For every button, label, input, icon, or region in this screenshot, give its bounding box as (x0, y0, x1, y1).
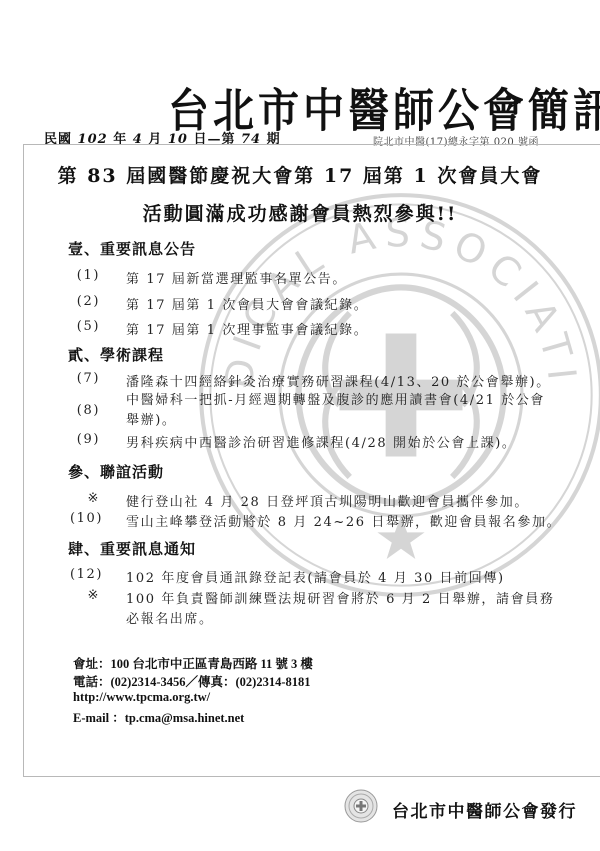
section-title-social-activities: 參、聯誼活動 (68, 461, 164, 482)
item-text: 第 17 屆第 1 次理事監事會議紀錄。 (126, 319, 368, 338)
item-text: 102 年度會員通訊錄登記表(請會員於 4 月 30 日前回傳) (126, 567, 505, 586)
item-number: (5) (70, 319, 100, 334)
item-text-continued: 必報名出席。 (126, 608, 214, 627)
item-text-continued: 舉辦)。 (126, 409, 176, 428)
contact-address: 會址：100 台北市中正區青島西路 11 號 3 樓 (73, 654, 313, 672)
item-number: (8) (70, 403, 100, 418)
item-text: 第 17 屆新當選理監事名單公告。 (126, 268, 347, 287)
item-number: ※ (70, 588, 100, 603)
item-text: 男科疾病中西醫診治研習進修課程(4/28 開始於公會上課)。 (126, 432, 516, 451)
section-title-academic-courses: 貳、學術課程 (68, 344, 164, 365)
contact-email-link[interactable]: E-mail ：tp.cma@msa.hinet.net (73, 708, 244, 726)
association-seal-icon (344, 789, 378, 823)
contact-website-link[interactable]: http://www.tpcma.org.tw/ (73, 690, 210, 705)
item-text: 中醫婦科一把抓-月經週期轉盤及腹診的應用讀書會(4/21 於公會 (126, 389, 545, 408)
item-number: (12) (70, 567, 100, 582)
item-number: (9) (70, 432, 100, 447)
item-number: ※ (70, 491, 100, 506)
item-text: 雪山主峰攀登活動將於 8 月 24~26 日舉辦，歡迎會員報名參加。 (126, 511, 561, 530)
contact-phone-fax: 電話：(02)2314-3456／傳真：(02)2314-8181 (73, 672, 310, 690)
publisher-name: 台北市中醫師公會發行 (392, 797, 577, 822)
headline-line-1: 第 83 屆國醫節慶祝大會第 17 屆第 1 次會員大會 (0, 161, 600, 188)
item-number: (1) (70, 268, 100, 283)
section-title-announcements: 壹、重要訊息公告 (68, 238, 196, 259)
item-text: 100 年負責醫師訓練暨法規研習會將於 6 月 2 日舉辦，請會員務 (126, 588, 554, 607)
item-number: (2) (70, 294, 100, 309)
headline-line-2: 活動圓滿成功感謝會員熱烈參與!! (0, 199, 600, 226)
item-number: (10) (70, 511, 100, 526)
section-title-important-notices: 肆、重要訊息通知 (68, 538, 196, 559)
item-text: 健行登山社 4 月 28 日登坪頂古圳陽明山歡迎會員攜伴參加。 (126, 491, 529, 510)
item-number: (7) (70, 371, 100, 386)
item-text: 第 17 屆第 1 次會員大會會議紀錄。 (126, 294, 368, 313)
item-text: 潘隆森十四經絡針灸治療實務研習課程(4/13、20 於公會舉辦)。 (126, 371, 551, 390)
